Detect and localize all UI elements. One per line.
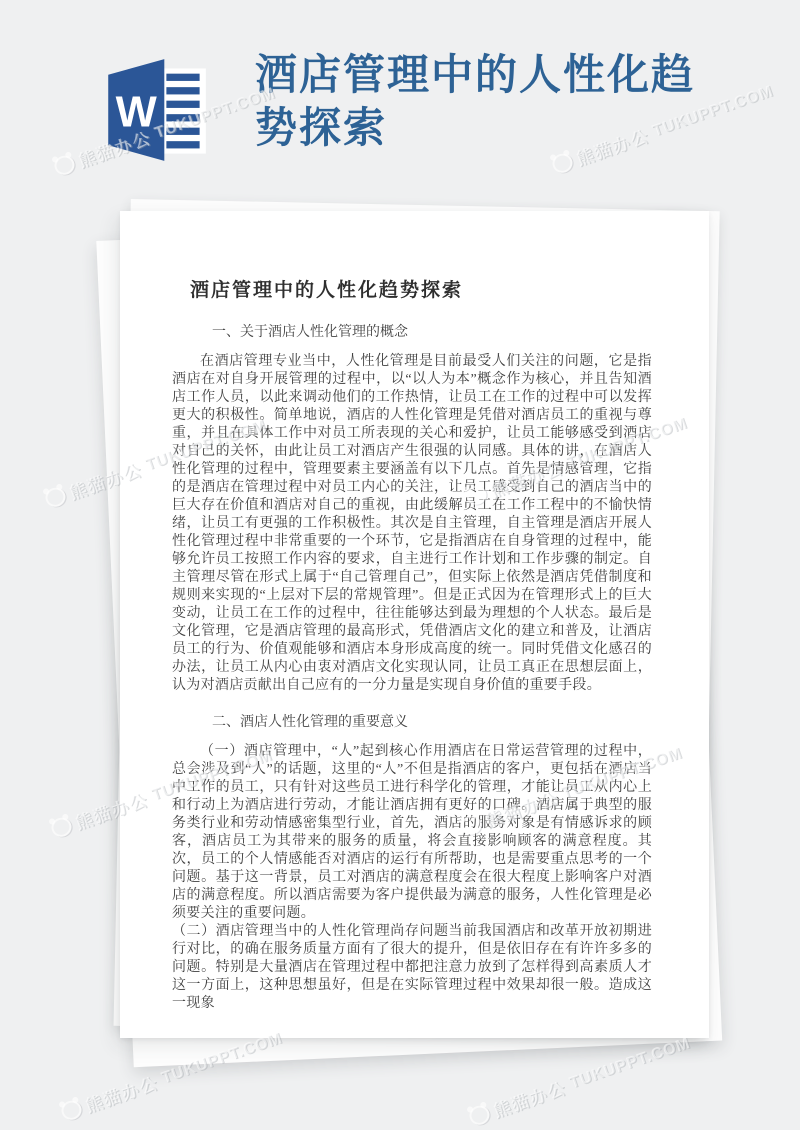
panda-logo-icon [59,1098,84,1122]
paragraph-3: （二）酒店管理当中的人性化管理尚存问题当前我国酒店和改革开放初期进行对比，的确在… [172,923,652,1013]
page-title: 酒店管理中的人性化趋势探索 [255,50,733,156]
document-title: 酒店管理中的人性化趋势探索 [190,277,652,305]
paragraph-1: 在酒店管理专业当中，人性化管理是目前最受人们关注的问题，它是指酒店在对自身开展管… [172,353,652,695]
paragraph-2: （一）酒店管理中，“人”起到核心作用酒店在日常运营管理的过程中，总会涉及到“人”… [172,743,652,923]
document-page: 酒店管理中的人性化趋势探索 一、关于酒店人性化管理的概念 在酒店管理专业当中，人… [120,211,709,1038]
word-file-icon: W [98,56,214,164]
watermark-brand: 熊猫办公 [82,1069,162,1117]
document-body: 一、关于酒店人性化管理的概念 在酒店管理专业当中，人性化管理是目前最受人们关注的… [172,324,652,1013]
watermark-brand: 熊猫办公 [490,1074,570,1122]
panda-logo-icon [467,1103,492,1127]
preview-stage: W 酒店管理中的人性化趋势探索 酒店管理中的人性化趋势探索 一、关于酒店人性化管… [0,0,800,1130]
word-icon-letter: W [116,89,158,137]
panda-logo-icon [49,815,74,839]
panda-logo-icon [43,485,68,509]
section-heading-2: 二、酒店人性化管理的重要意义 [212,714,652,732]
header: W 酒店管理中的人性化趋势探索 [0,0,800,200]
section-heading-1: 一、关于酒店人性化管理的概念 [212,324,652,342]
